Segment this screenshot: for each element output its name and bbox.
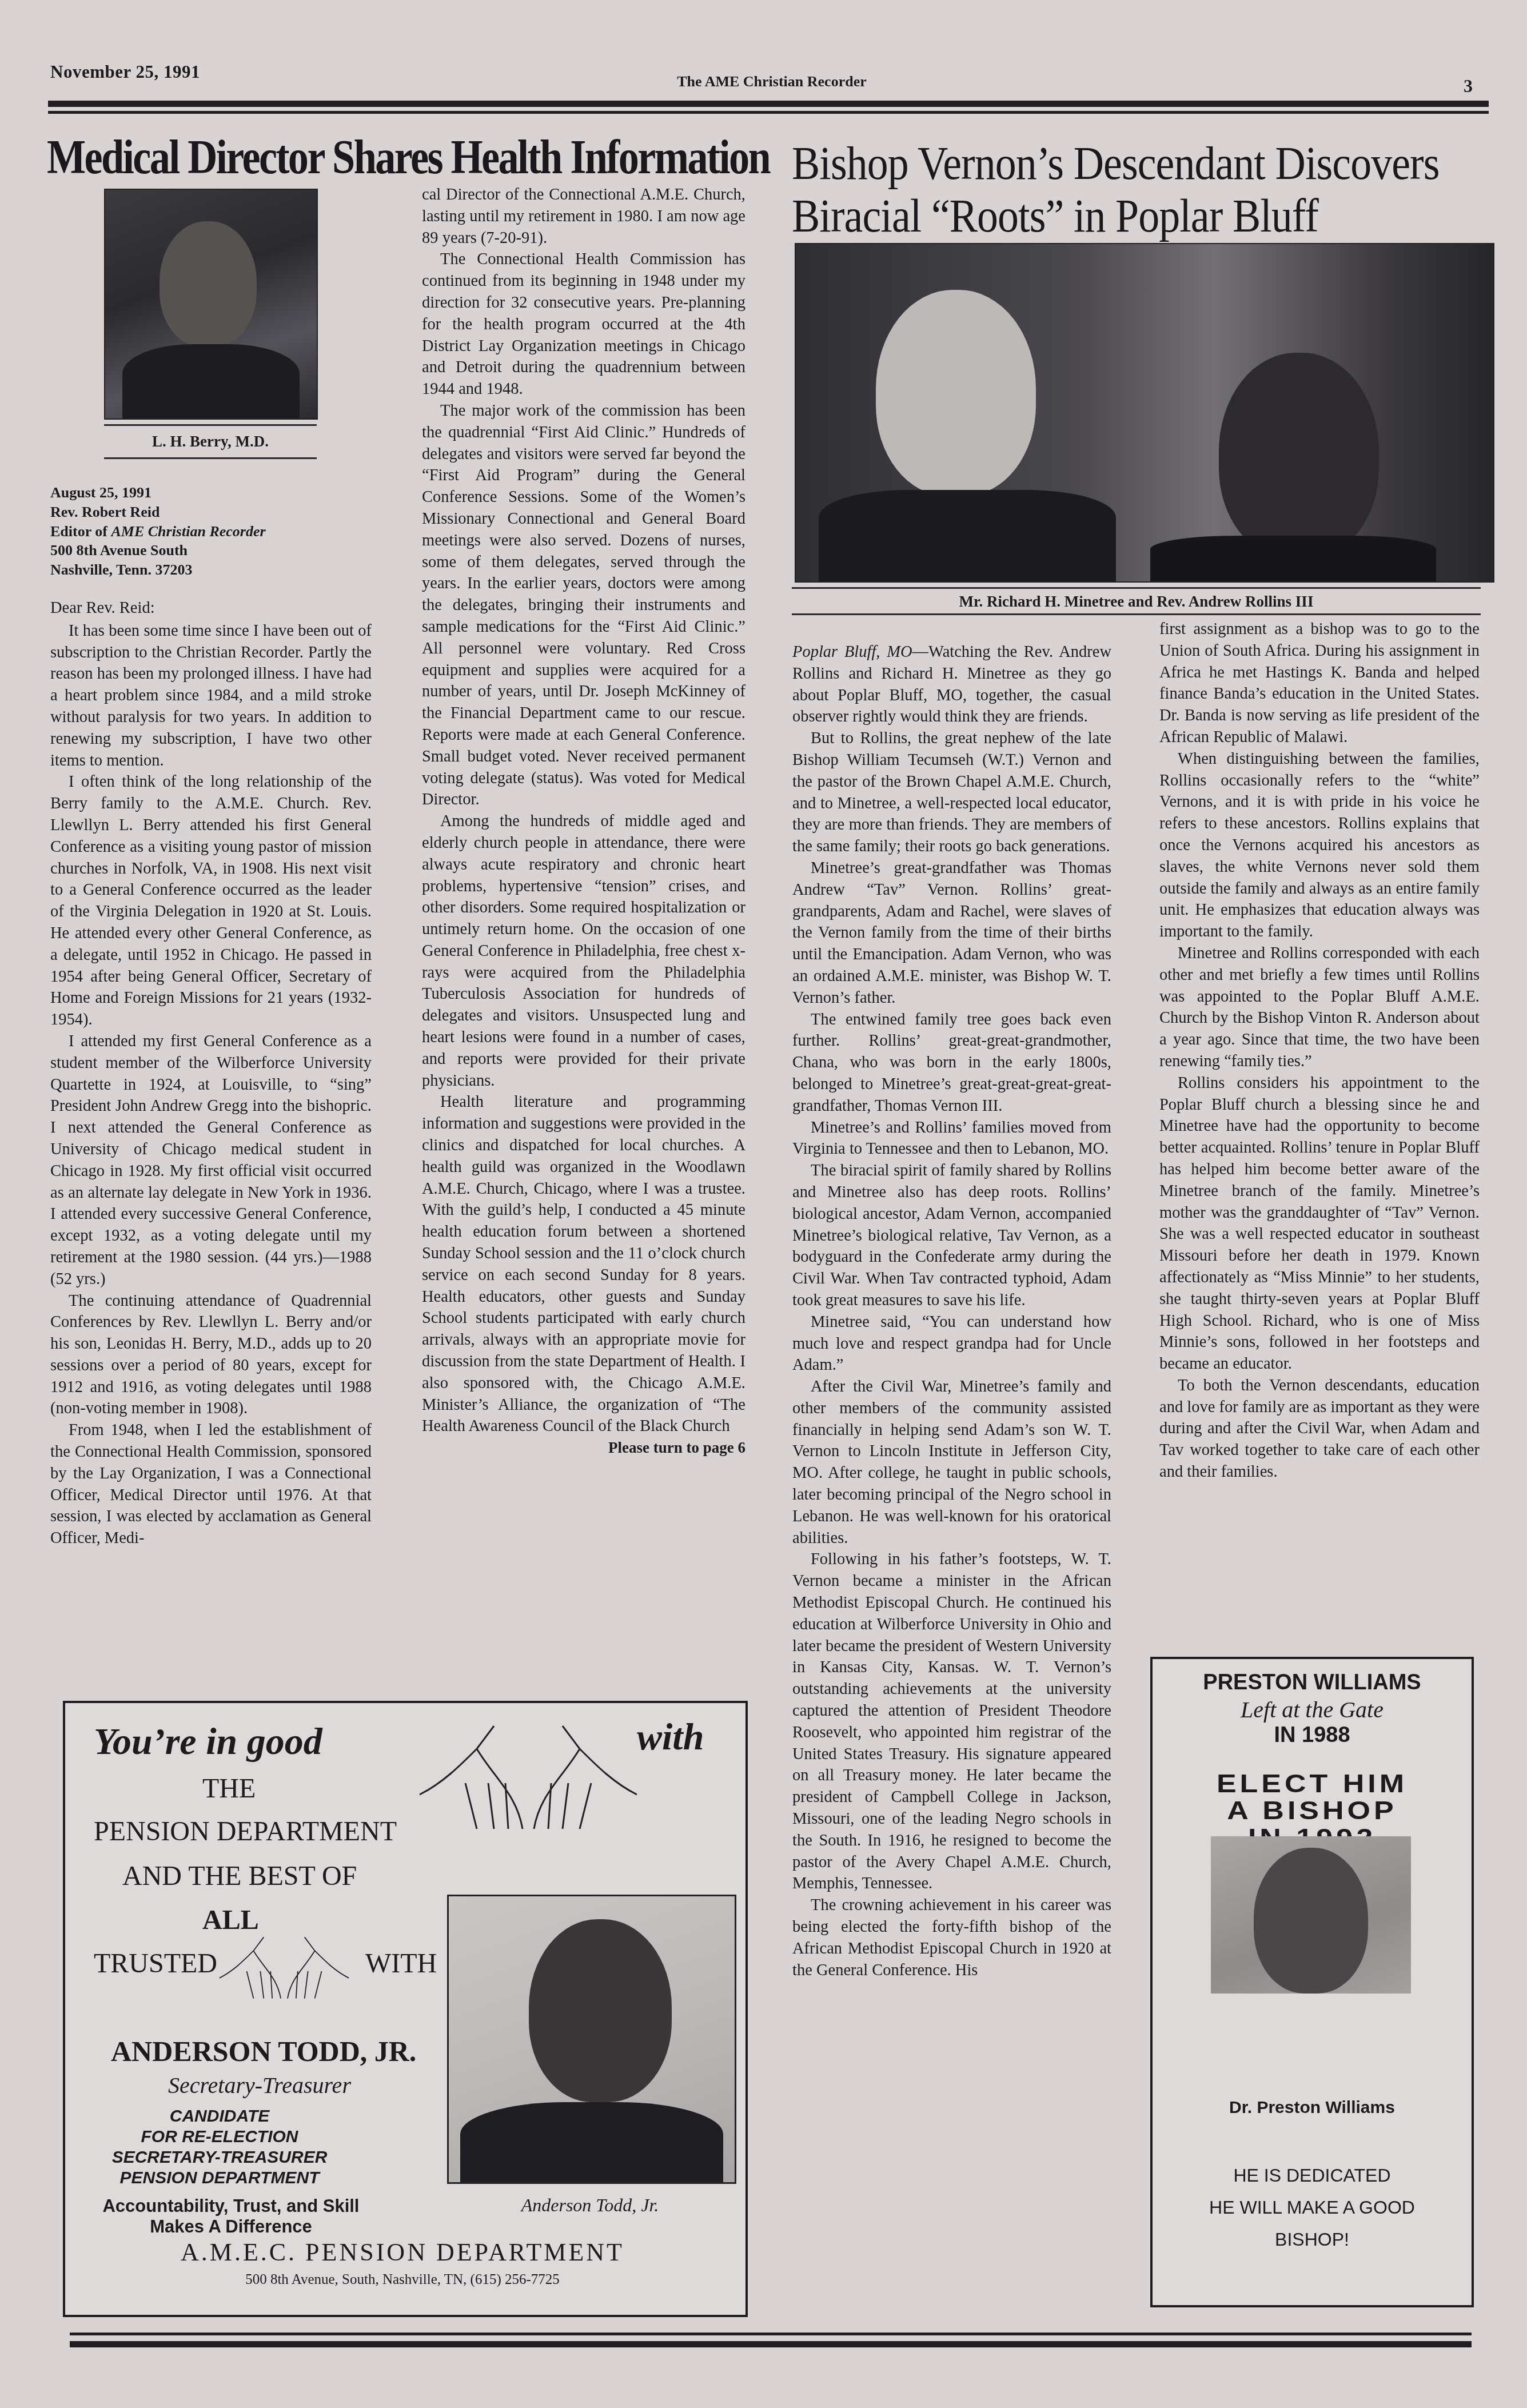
header-rule-thin [48, 111, 1489, 114]
issue-date: November 25, 1991 [50, 62, 200, 82]
caption-rule-bottom [104, 457, 317, 459]
ad-closing-line: HE WILL MAKE A GOOD [1153, 2191, 1472, 2223]
ad-closing-block: HE IS DEDICATED HE WILL MAKE A GOOD BISH… [1153, 2159, 1472, 2255]
letter-title: Editor of AME Christian Recorder [50, 522, 370, 541]
open-hands-icon [408, 1715, 648, 1835]
paragraph: Among the hundreds of middle aged and el… [422, 811, 745, 1091]
paragraph: first assignment as a bishop was to go t… [1159, 619, 1480, 748]
ad-candidate-role: Secretary-Treasurer [168, 2072, 351, 2099]
open-hands-small-icon [213, 1929, 356, 2003]
ad-and-the-best-of: AND THE BEST OF [122, 1860, 357, 1892]
caption-rule-top [104, 424, 317, 426]
paragraph: From 1948, when I led the establishment … [50, 1420, 372, 1549]
letter-title-prefix: Editor of [50, 523, 111, 540]
ad-tagline: Left at the Gate [1153, 1696, 1472, 1723]
ad-youre-in-good: You’re in good [94, 1720, 322, 1764]
portrait-face-minetree [876, 290, 1036, 496]
portrait-photo-berry [104, 189, 318, 420]
portrait-suit-rollins [1150, 536, 1436, 581]
paragraph: Minetree and Rollins corresponded with e… [1159, 943, 1480, 1073]
ad-with: WITH [365, 1948, 437, 1979]
ad-portrait-photo-todd [447, 1895, 736, 2184]
ad-candidate-line: CANDIDATE [105, 2106, 334, 2127]
ad-photo-caption: Dr. Preston Williams [1153, 2098, 1472, 2118]
letter-address-1: 500 8th Avenue South [50, 541, 370, 560]
article-headline-bishop-vernon: Bishop Vernon’s Descendant Discovers Bir… [792, 137, 1512, 242]
ad-slogan: Accountability, Trust, and Skill Makes A… [82, 2196, 380, 2237]
ad-org-name: A.M.E.C. PENSION DEPARTMENT [88, 2238, 717, 2267]
ad-candidate-line: PENSION DEPARTMENT [105, 2168, 334, 2188]
pension-department-ad: You’re in good with THE PENSION DEPARTME… [63, 1701, 748, 2317]
ad-photo-caption: Anderson Todd, Jr. [447, 2195, 733, 2216]
article-left-column-1: Dear Rev. Reid: It has been some time si… [50, 597, 372, 1549]
footer-rule-thick [70, 2341, 1472, 2347]
paragraph: Minetree’s and Rollins’ families moved f… [792, 1117, 1111, 1161]
letter-date: August 25, 1991 [50, 483, 370, 503]
paragraph: Poplar Bluff, MO—Watching the Rev. Andre… [792, 641, 1111, 728]
paragraph: It has been some time since I have been … [50, 620, 372, 772]
paragraph: To both the Vernon descendants, educatio… [1159, 1375, 1480, 1483]
ad-portrait-photo-williams [1211, 1836, 1411, 1994]
article-left-column-2: cal Director of the Connectional A.M.E. … [422, 184, 745, 1459]
paragraph: I often think of the long relationship o… [50, 771, 372, 1031]
dateline: Poplar Bluff, MO [792, 643, 912, 661]
ad-pension-department: PENSION DEPARTMENT [94, 1816, 397, 1847]
ad-slogan-line-1: Accountability, Trust, and Skill [82, 2196, 380, 2216]
ad-candidate-block: CANDIDATE FOR RE-ELECTION SECRETARY-TREA… [105, 2106, 334, 2188]
paragraph: The major work of the commission has bee… [422, 400, 745, 811]
paragraph: Minetree said, “You can understand how m… [792, 1311, 1111, 1376]
paragraph: Health literature and programming inform… [422, 1091, 745, 1437]
paragraph: But to Rollins, the great nephew of the … [792, 728, 1111, 858]
portrait-suit [460, 2102, 723, 2182]
preston-williams-ad: PRESTON WILLIAMS Left at the Gate IN 198… [1150, 1657, 1474, 2307]
ad-elect-line: A BISHOP [1153, 1797, 1472, 1825]
portrait-face [160, 221, 257, 347]
photo-minetree-rollins [795, 243, 1494, 583]
ad-year-line: IN 1988 [1153, 1723, 1472, 1748]
photo-caption-minetree-rollins: Mr. Richard H. Minetree and Rev. Andrew … [792, 593, 1481, 611]
letter-recipient: Rev. Robert Reid [50, 503, 370, 522]
ad-slogan-line-2: Makes A Difference [82, 2216, 380, 2237]
letter-title-publication: AME Christian Recorder [111, 523, 265, 540]
ad-address: 500 8th Avenue, South, Nashville, TN, (6… [88, 2272, 717, 2288]
letter-header: August 25, 1991 Rev. Robert Reid Editor … [50, 483, 370, 580]
ad-candidate-name: ANDERSON TODD, JR. [111, 2035, 416, 2068]
ad-trusted: TRUSTED [94, 1948, 217, 1979]
header-rule-thick [48, 101, 1489, 107]
portrait-face [1254, 1848, 1368, 1994]
paragraph: The Connectional Health Commission has c… [422, 249, 745, 400]
headline-line-2: Biracial “Roots” in Poplar Bluff [792, 190, 1512, 242]
caption-rule-bottom [792, 613, 1481, 615]
article-right-column-1: Poplar Bluff, MO—Watching the Rev. Andre… [792, 641, 1111, 1981]
ad-elect-line: ELECT HIM [1153, 1771, 1472, 1798]
paragraph: I attended my first General Conference a… [50, 1031, 372, 1290]
portrait-suit-minetree [819, 490, 1116, 581]
ad-the: THE [202, 1773, 256, 1804]
ad-candidate-line: SECRETARY-TREASURER [105, 2147, 334, 2168]
paragraph: When distinguishing between the families… [1159, 748, 1480, 943]
page-number: 3 [1464, 75, 1473, 97]
portrait-face-rollins [1219, 353, 1379, 559]
photo-caption-berry: L. H. Berry, M.D. [104, 433, 317, 450]
caption-rule-top [792, 587, 1481, 589]
paragraph: The crowning achievement in his career w… [792, 1895, 1111, 1981]
headline-line-1: Bishop Vernon’s Descendant Discovers [792, 137, 1512, 190]
publication-title: The AME Christian Recorder [600, 73, 943, 90]
salutation: Dear Rev. Reid: [50, 597, 372, 619]
portrait-suit [122, 344, 300, 418]
article-headline-medical-director: Medical Director Shares Health Informati… [47, 133, 652, 183]
ad-closing-line: BISHOP! [1153, 2223, 1472, 2255]
paragraph: Following in his father’s footsteps, W. … [792, 1549, 1111, 1895]
ad-closing-line: HE IS DEDICATED [1153, 2159, 1472, 2191]
paragraph: Minetree’s great-grandfather was Thomas … [792, 858, 1111, 1009]
continuation-link[interactable]: Please turn to page 6 [422, 1437, 745, 1459]
article-right-column-2: first assignment as a bishop was to go t… [1159, 619, 1480, 1483]
paragraph: After the Civil War, Minetree’s family a… [792, 1376, 1111, 1549]
letter-address-2: Nashville, Tenn. 37203 [50, 560, 370, 580]
footer-rule-thin [70, 2333, 1472, 2335]
paragraph: The entwined family tree goes back even … [792, 1009, 1111, 1117]
ad-candidate-line: FOR RE-ELECTION [105, 2127, 334, 2147]
portrait-face [529, 1919, 672, 2102]
paragraph: The biracial spirit of family shared by … [792, 1160, 1111, 1311]
paragraph: The continuing attendance of Quadrennial… [50, 1290, 372, 1420]
paragraph: Rollins considers his appointment to the… [1159, 1073, 1480, 1375]
ad-name-heading: PRESTON WILLIAMS [1153, 1671, 1472, 1695]
paragraph: cal Director of the Connectional A.M.E. … [422, 184, 745, 249]
